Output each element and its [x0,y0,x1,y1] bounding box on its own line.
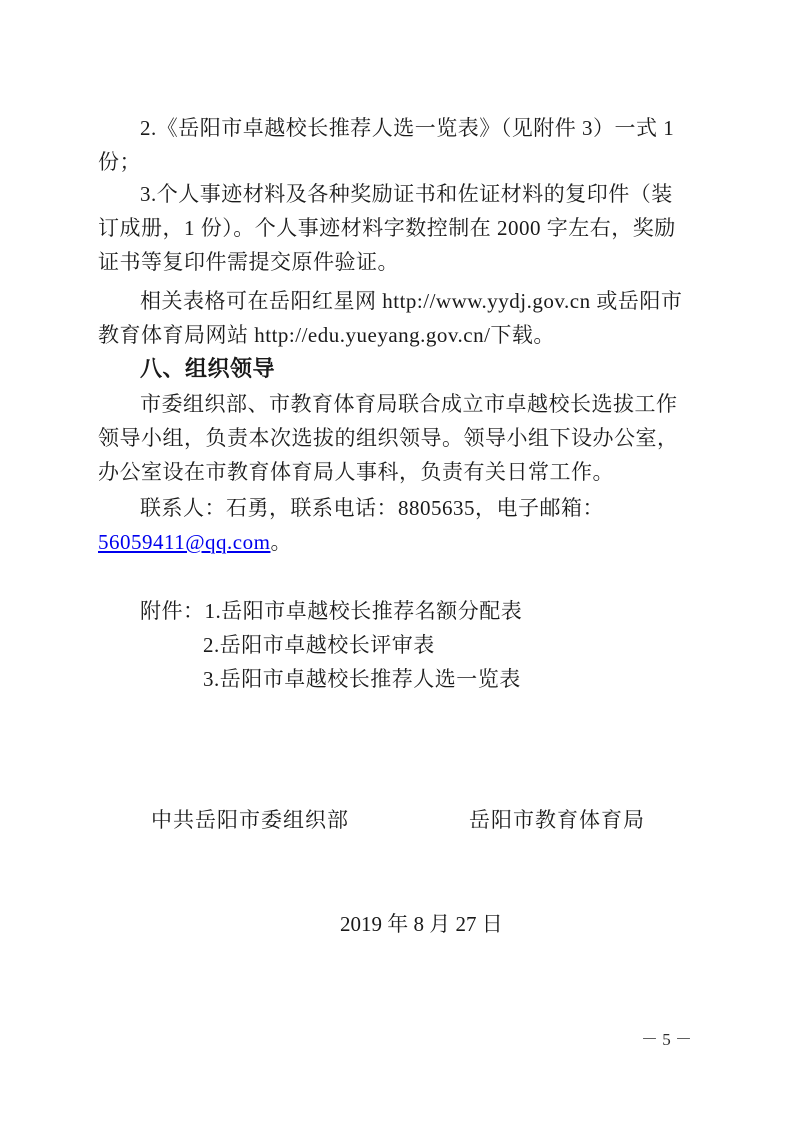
paragraph-contact: 联系人：石勇，联系电话：8805635，电子邮箱： 56059411@qq.co… [98,491,706,559]
paragraph-organization: 市委组织部、市教育体育局联合成立市卓越校长选拔工作 领导小组，负责本次选拔的组织… [98,387,706,489]
paragraph-download-info: 相关表格可在岳阳红星网 http://www.yydj.gov.cn 或岳阳市 … [98,284,706,352]
attachment-item: 3.岳阳市卓越校长推荐人选一览表 [98,662,706,696]
text-line: 办公室设在市教育体育局人事科，负责有关日常工作。 [98,455,706,489]
page-number: － 5 － [641,1030,692,1050]
text-line: 市委组织部、市教育体育局联合成立市卓越校长选拔工作 [98,387,706,421]
attachment-item: 2.岳阳市卓越校长评审表 [98,628,706,662]
text-line: 相关表格可在岳阳红星网 http://www.yydj.gov.cn 或岳阳市 [98,284,706,318]
contact-line: 联系人：石勇，联系电话：8805635，电子邮箱： [98,491,706,525]
email-link[interactable]: 56059411@qq.com [98,530,270,554]
attachment-item: 附件：1.岳阳市卓越校长推荐名额分配表 [98,594,706,628]
paragraph-item-3: 3.个人事迹材料及各种奖励证书和佐证材料的复印件（装 订成册，1 份）。个人事迹… [98,177,706,279]
section-heading: 八、组织领导 [98,352,706,386]
paragraph-item-2: 2.《岳阳市卓越校长推荐人选一览表》（见附件 3）一式 1 份； [98,111,706,179]
text-line: 份； [98,145,706,179]
text-line: 证书等复印件需提交原件验证。 [98,245,706,279]
attachments-list: 附件：1.岳阳市卓越校长推荐名额分配表 2.岳阳市卓越校长评审表 3.岳阳市卓越… [98,594,706,696]
text-line: 订成册，1 份）。个人事迹材料字数控制在 2000 字左右，奖励 [98,211,706,245]
signatures-row: 中共岳阳市委组织部 岳阳市教育体育局 [98,805,706,835]
section-heading-block: 八、组织领导 [98,352,706,386]
email-suffix: 。 [270,530,292,554]
text-line: 2.《岳阳市卓越校长推荐人选一览表》（见附件 3）一式 1 [98,111,706,145]
document-page: 2.《岳阳市卓越校长推荐人选一览表》（见附件 3）一式 1 份； 3.个人事迹材… [0,0,793,1122]
text-line: 领导小组，负责本次选拔的组织领导。领导小组下设办公室， [98,421,706,455]
text-line: 教育体育局网站 http://edu.yueyang.gov.cn/下载。 [98,318,706,352]
contact-email-line: 56059411@qq.com。 [98,525,706,559]
date-row: 2019 年 8 月 27 日 [98,909,706,939]
signature-right: 岳阳市教育体育局 [469,805,645,835]
document-date: 2019 年 8 月 27 日 [340,909,503,939]
signature-left: 中共岳阳市委组织部 [151,805,349,835]
text-line: 3.个人事迹材料及各种奖励证书和佐证材料的复印件（装 [98,177,706,211]
